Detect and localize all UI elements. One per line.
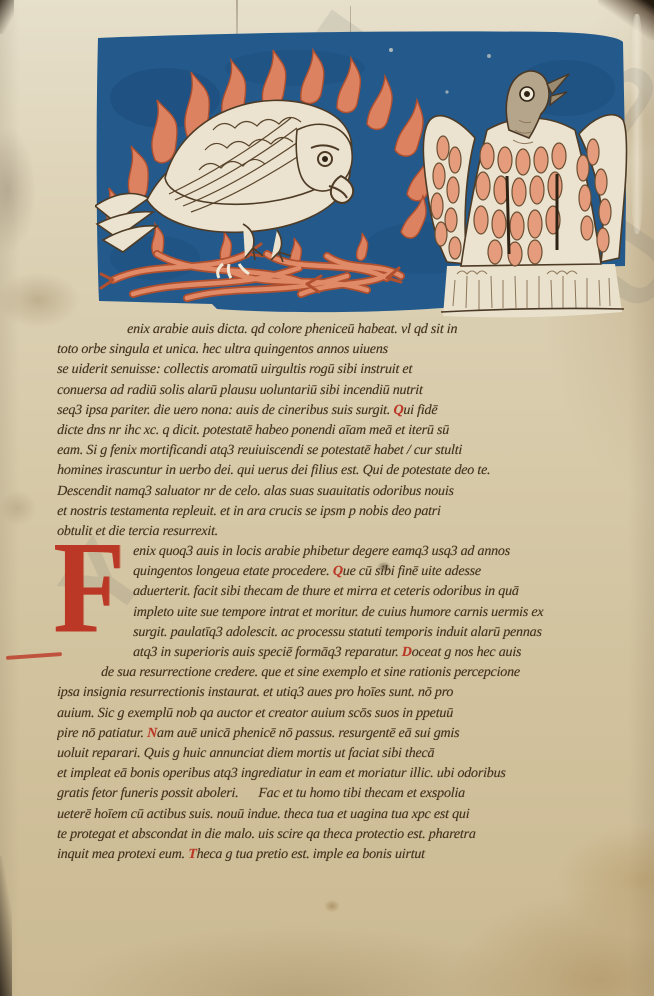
text-run: ipsa insignia resurrectionis instaurat. … bbox=[57, 685, 453, 700]
text-line: auium. Sic g exemplū nob qa auctor et cr… bbox=[57, 706, 617, 726]
text-run: oceat g nos hec auis bbox=[411, 645, 521, 660]
text-line: surgit. paulatīq3 adolescit. ac processu… bbox=[57, 625, 617, 645]
text-run: atq3 in superioris auis speciē formāq3 r… bbox=[133, 645, 402, 660]
text-run: heca g tua pretio est. imple ea bonis ui… bbox=[196, 847, 425, 862]
text-run: se uiderit senuisse: collectis aromatū u… bbox=[57, 362, 412, 377]
text-block: enix arabie auis dicta. qd colore phenic… bbox=[57, 322, 617, 874]
text-run: homines irascuntur in uerbo dei. qui uer… bbox=[57, 463, 491, 478]
phoenix-miniature bbox=[95, 28, 629, 320]
text-line: gratis fetor funeris possit aboleri. Fac… bbox=[57, 786, 617, 806]
text-run: enix quoq3 auis in locis arabie phibetur… bbox=[133, 544, 510, 559]
text-run: surgit. paulatīq3 adolescit. ac processu… bbox=[133, 625, 542, 640]
text-line: quingentos longeua etate procedere. Que … bbox=[57, 564, 617, 584]
text-run: Descendit namq3 saluator nr de celo. ala… bbox=[57, 484, 454, 499]
text-run: gratis fetor funeris possit aboleri. Fac… bbox=[57, 786, 465, 801]
text-line: enix arabie auis dicta. qd colore phenic… bbox=[57, 322, 617, 342]
text-line: ipsa insignia resurrectionis instaurat. … bbox=[57, 685, 617, 705]
text-line: dicte dns nr ihc xc. q dicit. potestatē … bbox=[57, 423, 617, 443]
text-run: et nostris testamenta repleuit. et in ar… bbox=[57, 504, 441, 519]
text-line: pire nō patiatur. Nam auē unicā phenicē … bbox=[57, 726, 617, 746]
page-edge-highlight bbox=[630, 14, 644, 234]
rubric-letter: Q bbox=[333, 564, 343, 579]
text-run: eam. Si g fenix mortificandi atq3 reuiui… bbox=[57, 443, 462, 458]
phoenix2-pupil bbox=[524, 91, 530, 97]
text-line: se uiderit senuisse: collectis aromatū u… bbox=[57, 362, 617, 382]
text-line: de sua resurrectione credere. que et sin… bbox=[57, 665, 617, 685]
text-run: dicte dns nr ihc xc. q dicit. potestatē … bbox=[57, 423, 449, 438]
text-run: te protegat et abscondat in die malo. ui… bbox=[57, 827, 476, 842]
text-run: toto orbe singula et unica. hec ultra qu… bbox=[57, 342, 388, 357]
text-run: enix arabie auis dicta. qd colore phenic… bbox=[127, 322, 458, 337]
text-line: obtulit et die tercia resurrexit. bbox=[57, 524, 617, 544]
text-line: atq3 in superioris auis speciē formāq3 r… bbox=[57, 645, 617, 665]
text-run: aduerterit. facit sibi thecam de thure e… bbox=[133, 584, 519, 599]
text-line: inquit mea protexi eum. Theca g tua pret… bbox=[57, 847, 617, 867]
photo-corner-top-left bbox=[0, 0, 14, 34]
text-line: impleto uite sue tempore intrat et morit… bbox=[57, 605, 617, 625]
text-run: de sua resurrectione credere. que et sin… bbox=[101, 665, 520, 680]
text-run: et impleat eā bonis operibus atq3 ingred… bbox=[57, 766, 506, 781]
text-run: auium. Sic g exemplū nob qa auctor et cr… bbox=[57, 706, 453, 721]
text-run: obtulit et die tercia resurrexit. bbox=[57, 524, 218, 539]
text-line: conuersa ad radiū solis alarū plausu uol… bbox=[57, 383, 617, 403]
text-line: seq3 ipsa pariter. die uero nona: auis d… bbox=[57, 403, 617, 423]
text-line: Descendit namq3 saluator nr de celo. ala… bbox=[57, 484, 617, 504]
text-run: impleto uite sue tempore intrat et morit… bbox=[133, 605, 544, 620]
text-line: homines irascuntur in uerbo dei. qui uer… bbox=[57, 463, 617, 483]
text-line: aduerterit. facit sibi thecam de thure e… bbox=[57, 584, 617, 604]
text-line: ueterē hoīem cū actibus suis. nouū indue… bbox=[57, 807, 617, 827]
text-run: quingentos longeua etate procedere. bbox=[133, 564, 333, 579]
text-run: am auē unicā phenicē nō passus. resurgen… bbox=[157, 726, 460, 741]
text-line: enix quoq3 auis in locis arabie phibetur… bbox=[57, 544, 617, 564]
phoenix-pupil bbox=[322, 156, 328, 162]
text-run: ui fidē bbox=[403, 403, 438, 418]
text-run: pire nō patiatur. bbox=[57, 726, 147, 741]
text-run: ueterē hoīem cū actibus suis. nouū indue… bbox=[57, 807, 470, 822]
text-run: ue cū sibi finē uite adesse bbox=[343, 564, 482, 579]
text-line: eam. Si g fenix mortificandi atq3 reuiui… bbox=[57, 443, 617, 463]
manuscript-page-photo: ERJBUY bbox=[0, 0, 654, 996]
rubric-letter: N bbox=[147, 726, 157, 741]
text-run: inquit mea protexi eum. bbox=[57, 847, 189, 862]
text-line: toto orbe singula et unica. hec ultra qu… bbox=[57, 342, 617, 362]
rubric-letter: D bbox=[402, 645, 412, 660]
text-run: conuersa ad radiū solis alarū plausu uol… bbox=[57, 383, 423, 398]
text-run: seq3 ipsa pariter. die uero nona: auis d… bbox=[57, 403, 394, 418]
text-line: et impleat eā bonis operibus atq3 ingred… bbox=[57, 766, 617, 786]
photo-corner-bottom-left bbox=[0, 856, 12, 996]
text-run: uoluit reparari. Quis g huic annunciat d… bbox=[57, 746, 435, 761]
text-line: et nostris testamenta repleuit. et in ar… bbox=[57, 504, 617, 524]
text-line: uoluit reparari. Quis g huic annunciat d… bbox=[57, 746, 617, 766]
text-line: te protegat et abscondat in die malo. ui… bbox=[57, 827, 617, 847]
